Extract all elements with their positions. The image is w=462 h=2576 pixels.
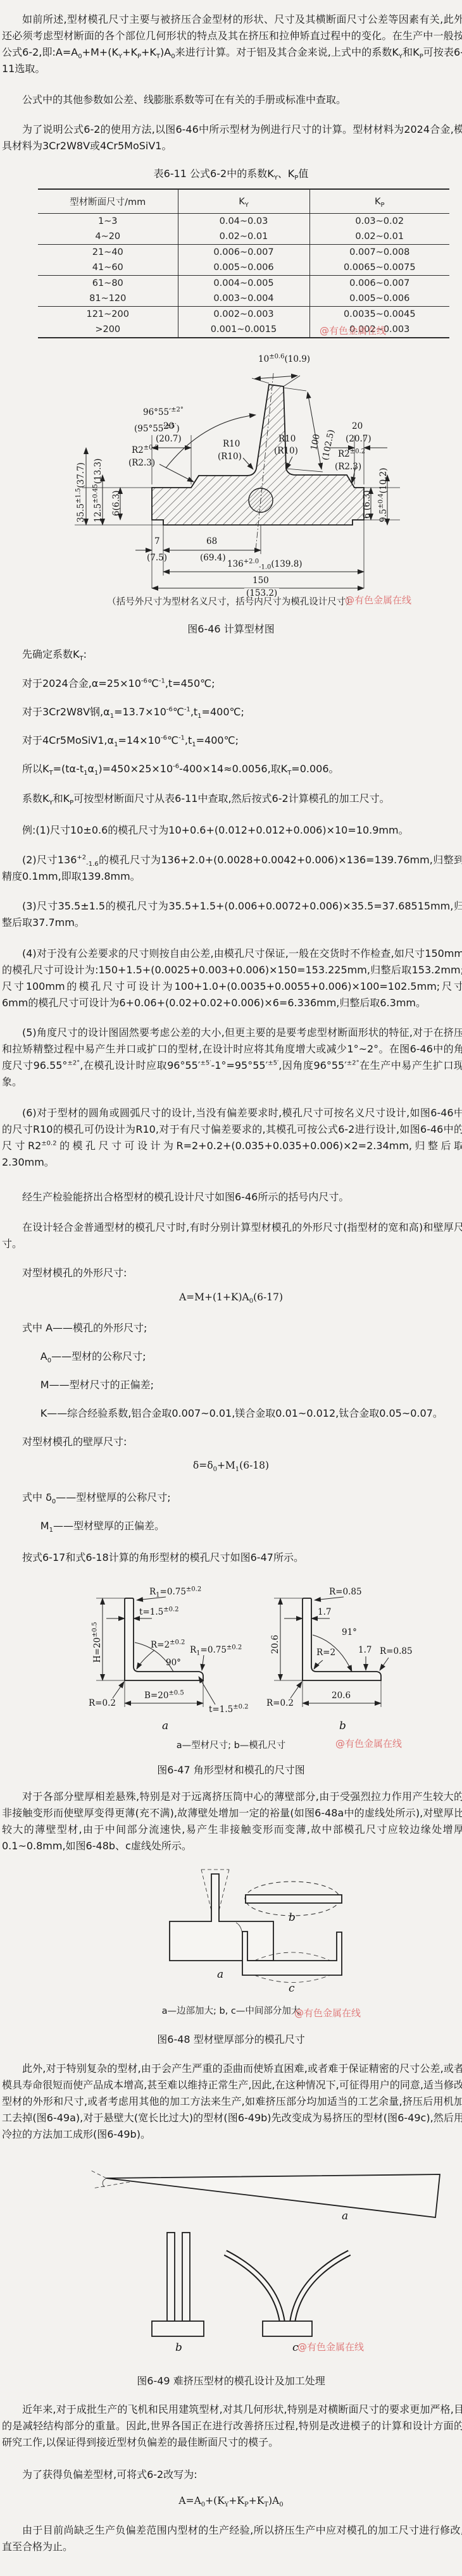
example-3: (3)尺寸35.5±1.5的模孔尺寸为35.5+1.5+(0.006+0.007… (0, 898, 462, 931)
dim-height-95: 9.5±0.4(10.2) (378, 468, 389, 522)
where-m1: M1——型材壁厚的正偏差。 (0, 1518, 462, 1534)
figure-6-48-legend: a—边部加大; b, c—中间部分加大 (0, 2004, 462, 2017)
paragraph-intro: 如前所述,型材模孔尺寸主要与被挤压合金型材的形状、尺寸及其横断面尺寸公差等因素有… (0, 11, 462, 77)
dim-r2-a: R=2±0.2 (151, 1640, 185, 1650)
paragraph-final: 由于目前尚缺乏生产负偏差范围内型材的生产经验,所以挤压生产中应对模孔的加工尺寸进… (0, 2522, 462, 2555)
dim-t-mid-b: 1.7 (358, 1645, 371, 1655)
formula-negative-dev: A=A0+(KY+KP+KT)A0 (0, 2495, 462, 2506)
table-row: 21~400.006~0.0070.007~0.008 (38, 245, 449, 261)
figure-6-46-caption: 图6-46 计算型材图 (0, 621, 462, 636)
dim-20-right: 20 (352, 421, 363, 431)
dim-b-b: 20.6 (332, 1691, 351, 1701)
where-d0: 式中 δ0——型材壁厚的公称尺寸; (0, 1489, 462, 1506)
dim-r10-left-design: (R10) (218, 452, 242, 462)
wall-thickness-drawing (0, 1864, 462, 1999)
dim-r2-right: R2±0.2 (338, 449, 365, 459)
kt-line: 对于4Cr5MoSiV1,α1=14×10-6℃-1,t1=400℃; (0, 732, 462, 749)
dim-angle-b: 91° (342, 1627, 357, 1637)
watermark: @有色金属在线 (294, 2006, 361, 2019)
profile-b-shape (246, 1895, 342, 1903)
dim-h-b: 20.6 (270, 1635, 280, 1654)
figure-6-47: R1=0.75±0.2 t=1.5±0.2 H=20±0.5 R=2±0.2 9… (0, 1579, 462, 1737)
watermark: @有色金属在线 (345, 593, 411, 607)
figure-6-47-caption: 图6-47 角形型材和模孔的尺寸图 (0, 1762, 462, 1777)
table-row: 1~30.04~0.030.03~0.02 (38, 214, 449, 230)
kt-line: 先确定系数KT: (0, 646, 462, 663)
paragraph-outer-dim: 对型材模孔的外形尺寸: (0, 1265, 462, 1281)
table-row: 81~1200.003~0.0040.005~0.006 (38, 291, 449, 307)
col-header-kp: KP (309, 189, 449, 214)
dim-height-125: 12.5±0.45(13.3) (93, 459, 103, 522)
dim-r-top-b: R=0.85 (329, 1587, 362, 1597)
watermark: @有色金属在线 (297, 2340, 364, 2353)
dim-height-355: 35.5±1.5(37.7) (76, 462, 86, 522)
dim-7-design: (7.5) (147, 553, 167, 563)
base-b (152, 2321, 204, 2336)
subfigure-tag-b: b (289, 1911, 296, 1924)
dim-r10-right: R10 (278, 434, 296, 444)
dim-r1-top-a: R1=0.75±0.2 (149, 1587, 201, 1597)
paragraph-design: 在设计轻合金普通型材的模孔尺寸时,有时分别计算型材模孔的外形尺寸(指型材的宽和高… (0, 1219, 462, 1252)
example-4: (4)对于没有公差要求的尺寸则按自由公差,由模孔尺寸保证,一般在交货时不作检查,… (0, 946, 462, 1011)
dim-t-top-a: t=1.5±0.2 (139, 1607, 179, 1617)
paragraph-negative-dev: 为了获得负偏差型材,可将式6-2改写为: (0, 2467, 462, 2483)
table-row: 121~2000.002~0.0030.0035~0.0045 (38, 307, 449, 323)
where-a0: A0——型材的公称尺寸; (0, 1348, 462, 1365)
table-row: >2000.001~0.00150.002~0.003 (38, 322, 449, 338)
kt-line: 对于2024合金,α=25×10-6℃-1,t=450℃; (0, 675, 462, 692)
dim-68: 68 (206, 536, 217, 546)
subfigure-tag-a: a (217, 1968, 223, 1981)
dim-r02-a: R=0.2 (89, 1698, 116, 1708)
dim-r02-b: R=0.2 (266, 1698, 294, 1708)
paragraph-complex-profiles: 此外,对于特别复杂的型材,由于会产生严重的歪曲而使矫直困难,或者难于保证精密的尺… (0, 2061, 462, 2143)
example-5: (5)角度尺寸的设计图固然要考虑公差的大小,但更主要的是要考虑型材断面形状的特征… (0, 1025, 462, 1090)
kt-line: 所以KT=(tα-t1α1)=450×25×10-6-400×14≈0.0056… (0, 761, 462, 777)
paragraph-checked: 经生产检验能挤出合格型材的模孔设计尺寸如图6-46所示的括号内尺寸。 (0, 1189, 462, 1205)
document-page: { "watermark": "@有色金属在线", "paragraphs": … (0, 0, 462, 2576)
subfigure-tag-b: b (339, 1720, 346, 1732)
wall-right (182, 2233, 190, 2321)
wall-left (167, 2233, 175, 2321)
dim-20-left-design: (20.7) (156, 434, 182, 444)
dim-t-bot-a: t=1.5±0.2 (209, 1704, 249, 1715)
arm-right (292, 2253, 349, 2322)
hard-to-extrude-drawing (0, 2149, 462, 2361)
table-row: 61~800.004~0.0050.006~0.007 (38, 276, 449, 292)
dim-height-6-right: 6 (6.3) (362, 490, 372, 519)
dim-h-a: H=20±0.5 (92, 1622, 103, 1663)
dim-r2-left-design: (R2.3) (128, 458, 155, 468)
dim-height-6-left: 6(6.3) (111, 490, 122, 516)
paragraph-example-intro: 为了说明公式6-2的使用方法,以图6-46中所示型材为例进行尺寸的计算。型材材料… (0, 121, 462, 154)
table-row: 41~600.005~0.0060.0065~0.0075 (38, 260, 449, 276)
example-1: 例:(1)尺寸10±0.6的模孔尺寸为10+0.6+(0.012+0.012+0… (0, 822, 462, 839)
wedge-shape (106, 2174, 440, 2217)
example-2: (2)尺寸136+2-1.6的模孔尺寸为136+2.0+(0.0028+0.00… (0, 852, 462, 885)
where-a: 式中 A——模孔的外形尺寸; (0, 1320, 462, 1336)
dim-r10-left: R10 (223, 439, 240, 449)
paragraph-wall-dim: 对型材模孔的壁厚尺寸: (0, 1434, 462, 1450)
dim-7: 7 (154, 536, 160, 546)
kt-line: 对于3Cr2W8V钢,α1=13.7×10-6℃-1,t1=400℃; (0, 704, 462, 720)
figure-6-48: a b c (0, 1864, 462, 1999)
dim-top-width: 10±0.6(10.9) (258, 354, 310, 364)
dim-t-top-b: 1.7 (318, 1607, 331, 1617)
profile-drawing (0, 353, 462, 595)
dim-20-right-design: (20.7) (346, 434, 371, 444)
example-6: (6)对于型材的圆角或圆弧尺寸的设计,当没有偏差要求时,模孔尺寸可按名义尺寸设计… (0, 1105, 462, 1171)
subfigure-tag-b: b (175, 2341, 182, 2354)
table-6-11: 型材断面尺寸/mm KY KP 1~30.04~0.030.03~0.02 4~… (38, 188, 449, 338)
table-6-11-wrap: 型材断面尺寸/mm KY KP 1~30.04~0.030.03~0.02 4~… (0, 188, 462, 338)
dim-r2-left: R2±0.2 (132, 445, 159, 455)
dim-r-end-b: R=0.85 (380, 1646, 413, 1656)
dim-angle: 96°55′±2° (143, 407, 184, 417)
formula-6-18: δ=δ0+M1(6-18) (0, 1460, 462, 1471)
watermark: @有色金属在线 (320, 324, 386, 337)
subfigure-tag-a: a (342, 2210, 348, 2222)
where-k: K——综合经验系数,铝合金取0.007~0.01,镁合金取0.01~0.012,… (0, 1405, 462, 1422)
dim-angle-a: 90° (166, 1658, 181, 1668)
table-title: 表6-11 公式6-2中的系数KY、KP值 (0, 166, 462, 180)
formula-6-17: A=M+(1+K)A0(6-17) (0, 1291, 462, 1303)
paragraph-fig47-intro: 按式6-17和式6-18计算的角形型材的模孔尺寸如图6-47所示。 (0, 1550, 462, 1566)
figure-6-49: a b c (0, 2149, 462, 2361)
watermark: @有色金属在线 (335, 1737, 402, 1750)
dim-136: 136+2.0-1.0(139.8) (225, 559, 304, 569)
col-header-ky: KY (178, 189, 309, 214)
dim-150: 150 (251, 576, 271, 586)
figure-6-48-caption: 图6-48 型材壁厚部分的模孔尺寸 (0, 2031, 462, 2046)
dim-r2-b: R=2 (316, 1648, 335, 1658)
paragraph-wall-variation: 对于各部分壁厚相差悬殊,特别是对于远离挤压筒中心的薄壁部分,由于受强烈拉力作用产… (0, 1789, 462, 1854)
dim-b-a: B=20±0.5 (144, 1691, 184, 1701)
where-m: M——型材尺寸的正偏差; (0, 1377, 462, 1393)
dim-r2-right-design: (R2.3) (335, 462, 361, 472)
figure-6-46: 10±0.6(10.9) 96°55′±2° (95°55′±5′) 100 (… (0, 353, 462, 595)
dim-68-design: (69.4) (200, 553, 226, 563)
base-c (263, 2321, 312, 2336)
kt-line: 系数KY和KP可按型材断面尺寸从表6-11中查取,然后按式6-2计算模孔的加工尺… (0, 791, 462, 807)
dashed-thickening-c-bottom (254, 1975, 330, 1983)
figure-6-49-caption: 图6-49 难挤压型材的模孔设计及加工处理 (0, 2373, 462, 2388)
dim-r1-end-a: R1=0.75±0.2 (190, 1645, 242, 1655)
col-header-size: 型材断面尺寸/mm (38, 189, 178, 214)
paragraph-recent: 近年来,对于成批生产的飞机和民用建筑型材,对其几何形状,特别是对横断面尺寸的要求… (0, 2401, 462, 2451)
subfigure-tag-a: a (162, 1720, 168, 1732)
paragraph-params: 公式中的其他参数如公差、线膨胀系数等可在有关的手册或标准中查取。 (0, 92, 462, 108)
dim-20-left: 20 (163, 421, 174, 431)
arm-left (225, 2253, 282, 2322)
dim-r10-right-design: (R10) (274, 446, 298, 456)
table-row: 4~200.02~0.010.02~0.01 (38, 229, 449, 245)
subfigure-tag-c: c (289, 1982, 295, 1995)
